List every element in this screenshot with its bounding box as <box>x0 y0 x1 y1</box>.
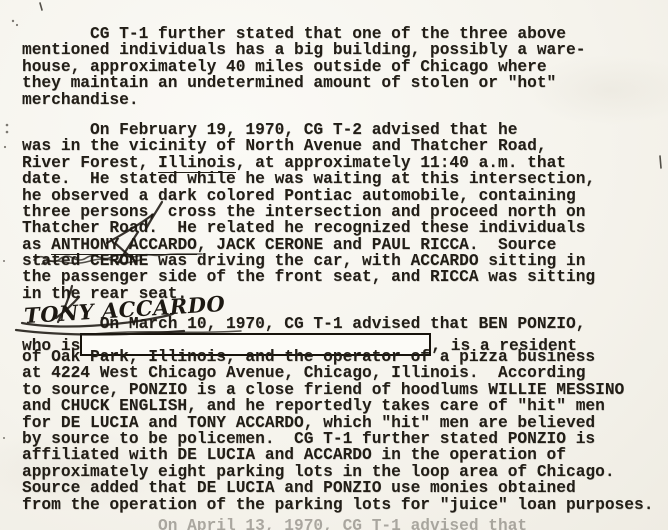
scanned-document-page: CG T-1 further stated that one of the th… <box>0 0 668 530</box>
document-line: he observed a dark colored Pontiac autom… <box>22 188 653 204</box>
document-line: house, approximately 40 miles outside of… <box>22 59 653 75</box>
paragraph-1: CG T-1 further stated that one of the th… <box>22 26 653 108</box>
document-line: as ANTHONY ACCARDO, JACK CERONE and PAUL… <box>22 237 653 253</box>
document-line: date. He stated while he was waiting at … <box>22 171 653 187</box>
scan-artifact-dot <box>6 124 9 127</box>
paragraph-3: On March 10, 1970, CG T-1 advised that B… <box>22 316 653 513</box>
scan-artifact-dot <box>4 146 6 148</box>
document-line: of Oak Park, Illinois, and the operator … <box>22 349 653 365</box>
scan-artifact-dot <box>12 20 14 22</box>
scan-artifact-dot <box>3 260 5 262</box>
document-line: who is, is a resident <box>22 333 653 349</box>
document-line: by source to be policemen. CG T-1 furthe… <box>22 431 653 447</box>
document-line: and CHUCK ENGLISH, and he reportedly tak… <box>22 398 653 414</box>
partial-cutoff-line: On April 13, 1970, CG T-1 advised that <box>22 518 527 530</box>
document-line: affiliated with DE LUCIA and ACCARDO in … <box>22 447 653 463</box>
document-line: Thatcher Road. He related he recognized … <box>22 220 653 236</box>
scan-artifact-tick <box>40 3 42 10</box>
scan-artifact-dot <box>6 131 9 134</box>
document-line: mentioned individuals has a big building… <box>22 42 653 58</box>
document-line: from the operation of the parking lots f… <box>22 497 653 513</box>
document-line: On February 19, 1970, CG T-2 advised tha… <box>22 122 653 138</box>
document-line: merchandise. <box>22 92 653 108</box>
scan-artifact-tick <box>660 156 661 168</box>
document-line: for DE LUCIA and TONY ACCARDO, which "hi… <box>22 415 653 431</box>
document-line: they maintain an undetermined amount of … <box>22 75 653 91</box>
document-line: at 4224 West Chicago Avenue, Chicago, Il… <box>22 365 653 381</box>
paragraph-2: On February 19, 1970, CG T-2 advised tha… <box>22 122 653 302</box>
text-segment: River Forest, <box>22 154 158 172</box>
document-line: was in the vicinity of North Avenue and … <box>22 138 653 154</box>
document-line: the passenger side of the front seat, an… <box>22 269 653 285</box>
text-segment: as <box>22 236 51 254</box>
scan-artifact-dot <box>3 437 5 439</box>
document-line: Source added that DE LUCIA and PONZIO us… <box>22 480 653 496</box>
text-segment: , JACK CERONE and PAUL RICCA. Source <box>197 236 556 254</box>
text-segment: , at approximately 11:40 a.m. that <box>236 154 566 172</box>
document-line: to source, PONZIO is a close friend of h… <box>22 382 653 398</box>
document-body: CG T-1 further stated that one of the th… <box>22 26 653 513</box>
document-line: River Forest, Illinois, at approximately… <box>22 155 653 171</box>
document-line: CG T-1 further stated that one of the th… <box>22 26 653 42</box>
document-line: three persons, cross the intersection an… <box>22 204 653 220</box>
scan-artifact-dot <box>16 24 18 26</box>
document-line: stated CERONE was driving the car, with … <box>22 253 653 269</box>
document-line: approximately eight parking lots in the … <box>22 464 653 480</box>
